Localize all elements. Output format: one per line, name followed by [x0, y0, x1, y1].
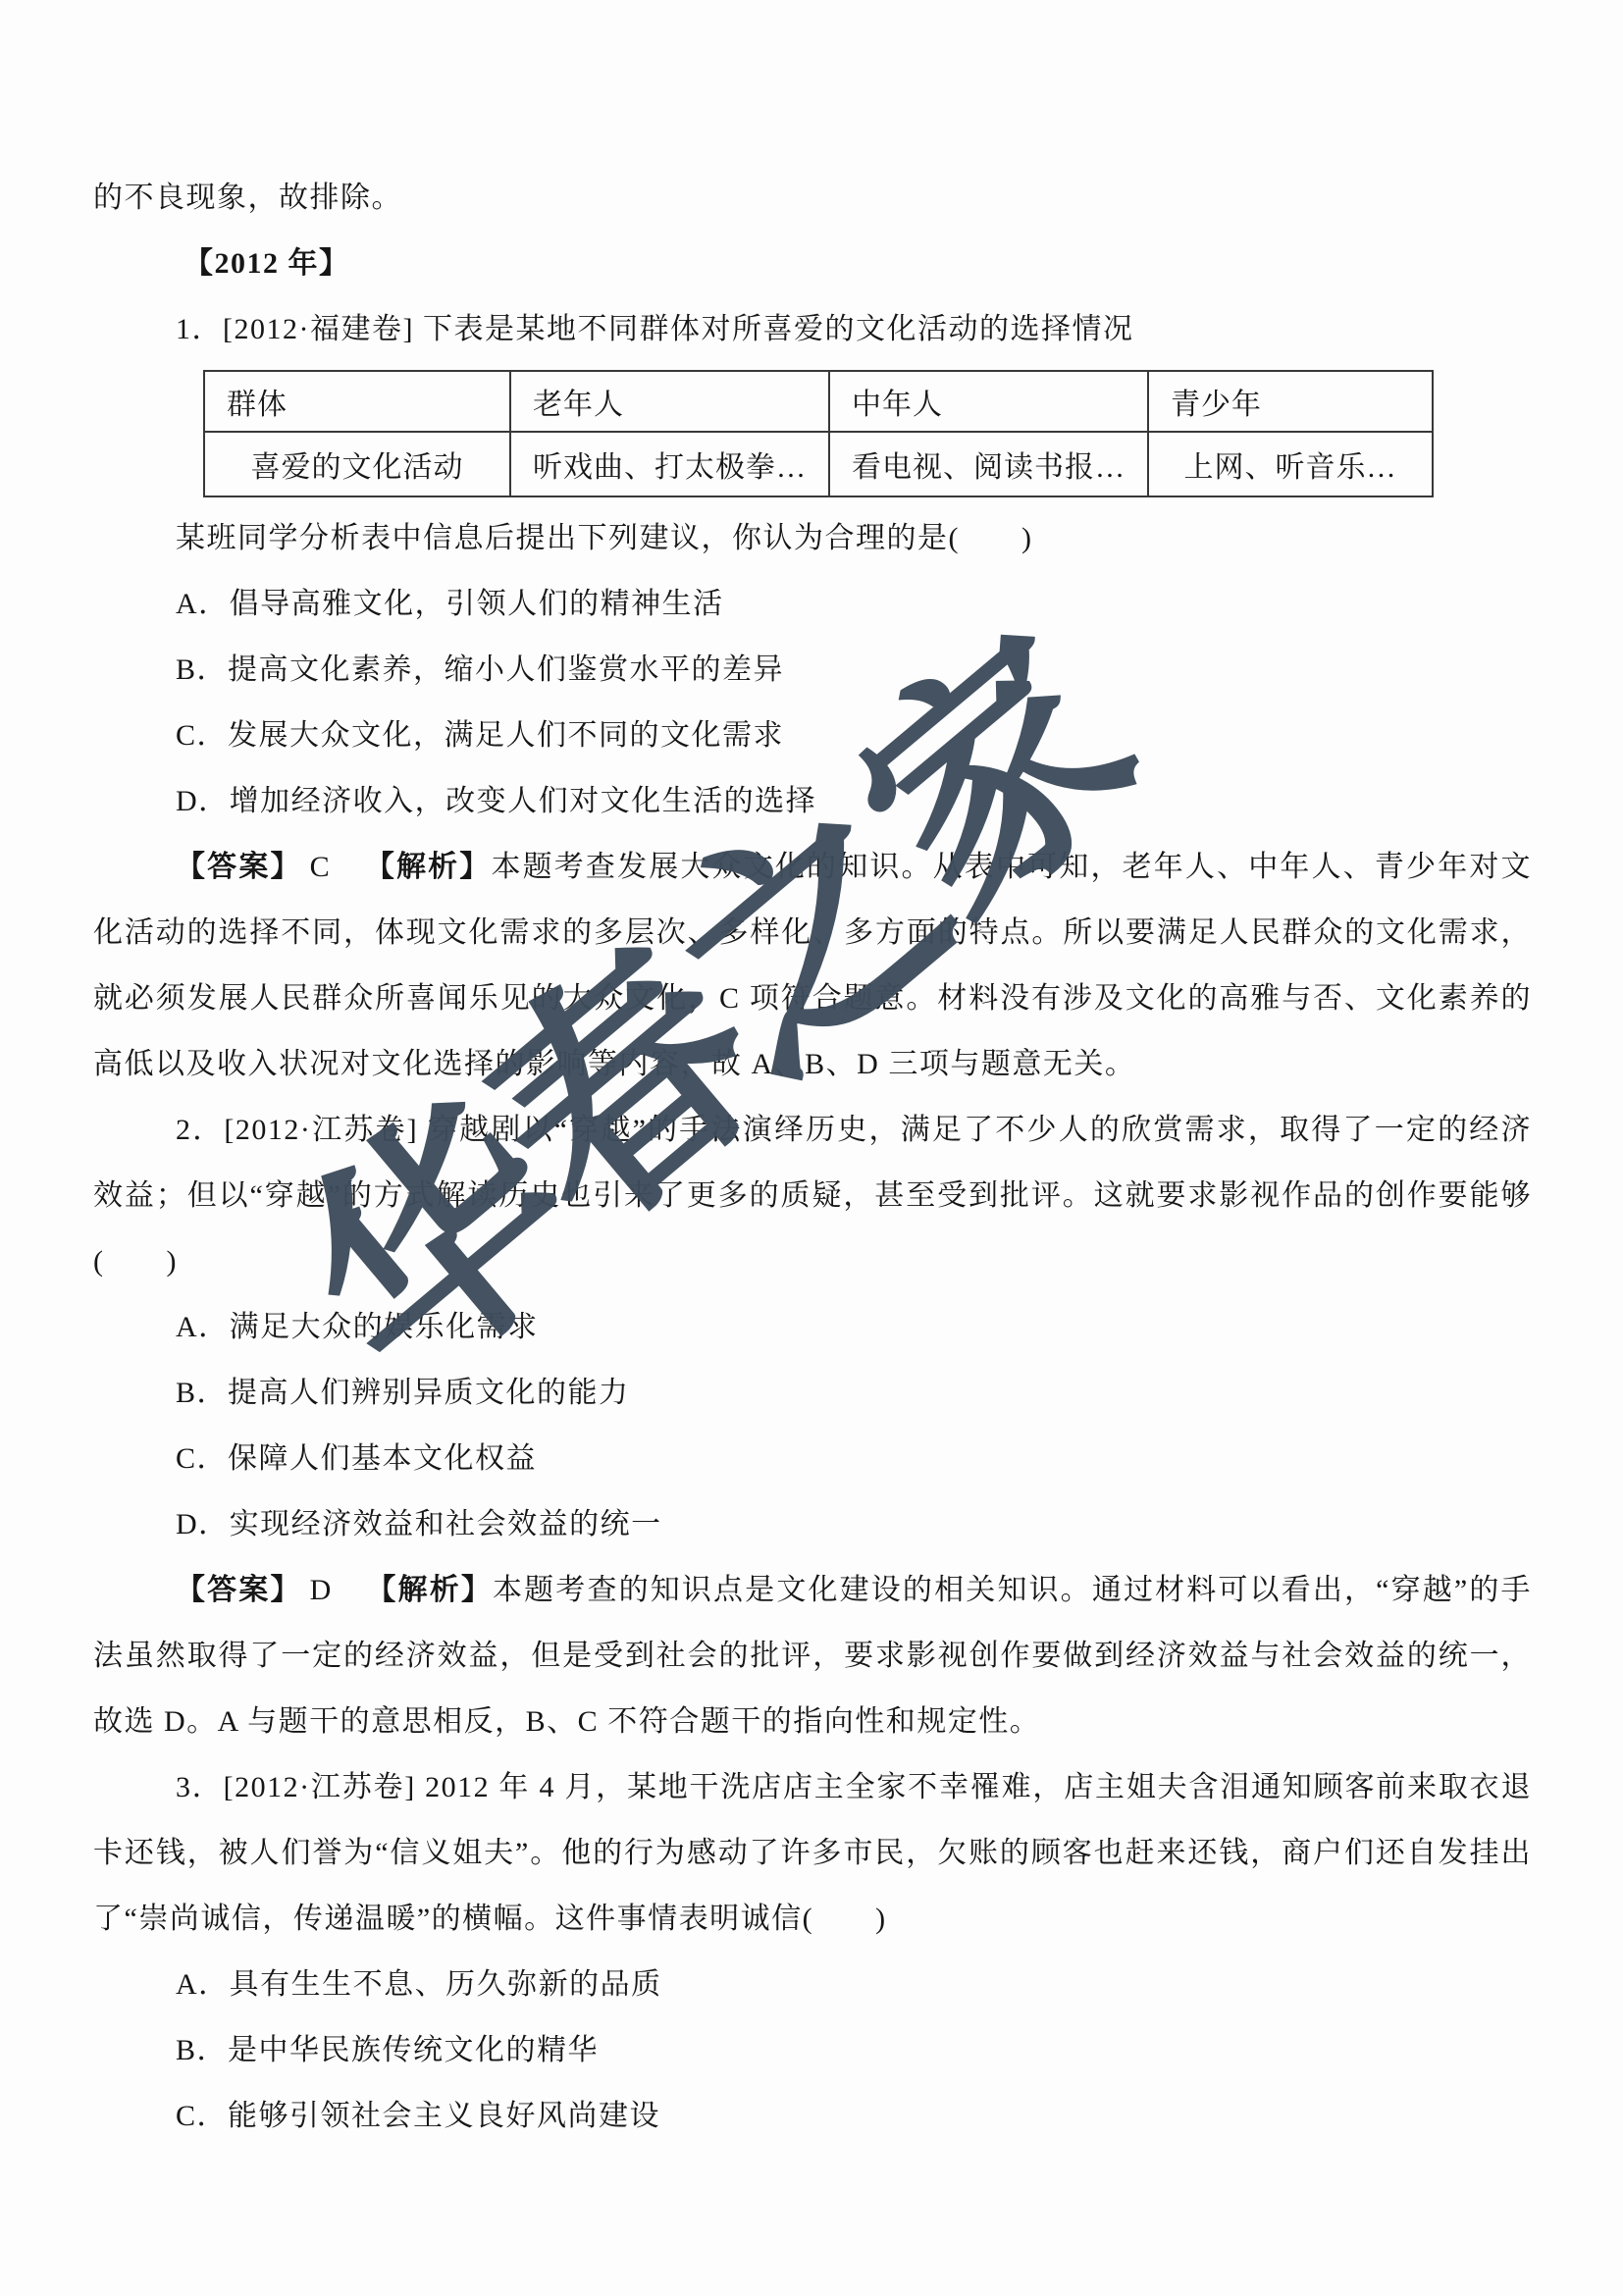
question-1-prompt: 某班同学分析表中信息后提出下列建议，你认为合理的是( ) [93, 505, 1532, 571]
table-header-row: 群体 老年人 中年人 青少年 [204, 371, 1433, 432]
question-3-option-c: C．能够引领社会主义良好风尚建设 [93, 2083, 1532, 2149]
table-header-group: 群体 [204, 371, 510, 432]
question-3-option-a: A．具有生生不息、历久弥新的品质 [93, 1952, 1532, 2017]
analysis-text: 本题考查的知识点是文化建设的相关知识。通过材料可以看出，“穿越”的手法虽然取得了… [93, 1574, 1532, 1738]
question-1-stem: 1．[2012·福建卷] 下表是某地不同群体对所喜爱的文化活动的选择情况 [93, 296, 1532, 362]
culture-activity-table: 群体 老年人 中年人 青少年 喜爱的文化活动 听戏曲、打太极拳… 看电视、阅读书… [203, 370, 1434, 497]
answer-value: C [310, 851, 332, 883]
question-1-option-b: B．提高文化素养，缩小人们鉴赏水平的差异 [93, 637, 1532, 703]
question-1-option-a: A．倡导高雅文化，引领人们的精神生活 [93, 571, 1532, 637]
question-1-option-c: C．发展大众文化，满足人们不同的文化需求 [93, 703, 1532, 768]
question-2-option-d: D．实现经济效益和社会效益的统一 [93, 1491, 1532, 1557]
table-header-elderly: 老年人 [510, 371, 829, 432]
question-3-option-b: B．是中华民族传统文化的精华 [93, 2017, 1532, 2083]
question-2-option-b: B．提高人们辨别异质文化的能力 [93, 1360, 1532, 1426]
table-cell-middle-aged-activities: 看电视、阅读书报… [829, 432, 1148, 496]
question-2-stem: 2．[2012·江苏卷] 穿越剧以“穿越”的手法演绎历史，满足了不少人的欣赏需求… [93, 1097, 1532, 1294]
analysis-text: 本题考查发展大众文化的知识。从表中可知，老年人、中年人、青少年对文化活动的选择不… [93, 851, 1532, 1080]
answer-value: D [310, 1574, 333, 1606]
analysis-label: 【解析】 [366, 1574, 493, 1606]
question-3-stem: 3．[2012·江苏卷] 2012 年 4 月，某地干洗店店主全家不幸罹难，店主… [93, 1754, 1532, 1952]
question-2-answer-block: 【答案】D【解析】本题考查的知识点是文化建设的相关知识。通过材料可以看出，“穿越… [93, 1557, 1532, 1754]
table-cell-youth-activities: 上网、听音乐… [1148, 432, 1433, 496]
carryover-answer-text: 的不良现象，故排除。 [93, 165, 1532, 231]
question-1-answer-block: 【答案】C【解析】本题考查发展大众文化的知识。从表中可知，老年人、中年人、青少年… [93, 834, 1532, 1097]
document-page: 的不良现象，故排除。 【2012 年】 1．[2012·福建卷] 下表是某地不同… [0, 0, 1623, 2296]
document-body: 的不良现象，故排除。 【2012 年】 1．[2012·福建卷] 下表是某地不同… [93, 165, 1532, 2149]
table-cell-activity-label: 喜爱的文化活动 [204, 432, 510, 496]
analysis-label: 【解析】 [364, 851, 491, 883]
table-header-youth: 青少年 [1148, 371, 1433, 432]
question-2-option-a: A．满足大众的娱乐化需求 [93, 1294, 1532, 1360]
table-value-row: 喜爱的文化活动 听戏曲、打太极拳… 看电视、阅读书报… 上网、听音乐… [204, 432, 1433, 496]
question-2-option-c: C．保障人们基本文化权益 [93, 1426, 1532, 1491]
year-heading: 【2012 年】 [93, 231, 1532, 296]
table-header-middle-aged: 中年人 [829, 371, 1148, 432]
answer-label: 【答案】 [176, 851, 302, 883]
table-cell-elderly-activities: 听戏曲、打太极拳… [510, 432, 829, 496]
question-1-option-d: D．增加经济收入，改变人们对文化生活的选择 [93, 768, 1532, 834]
answer-label: 【答案】 [176, 1574, 302, 1606]
